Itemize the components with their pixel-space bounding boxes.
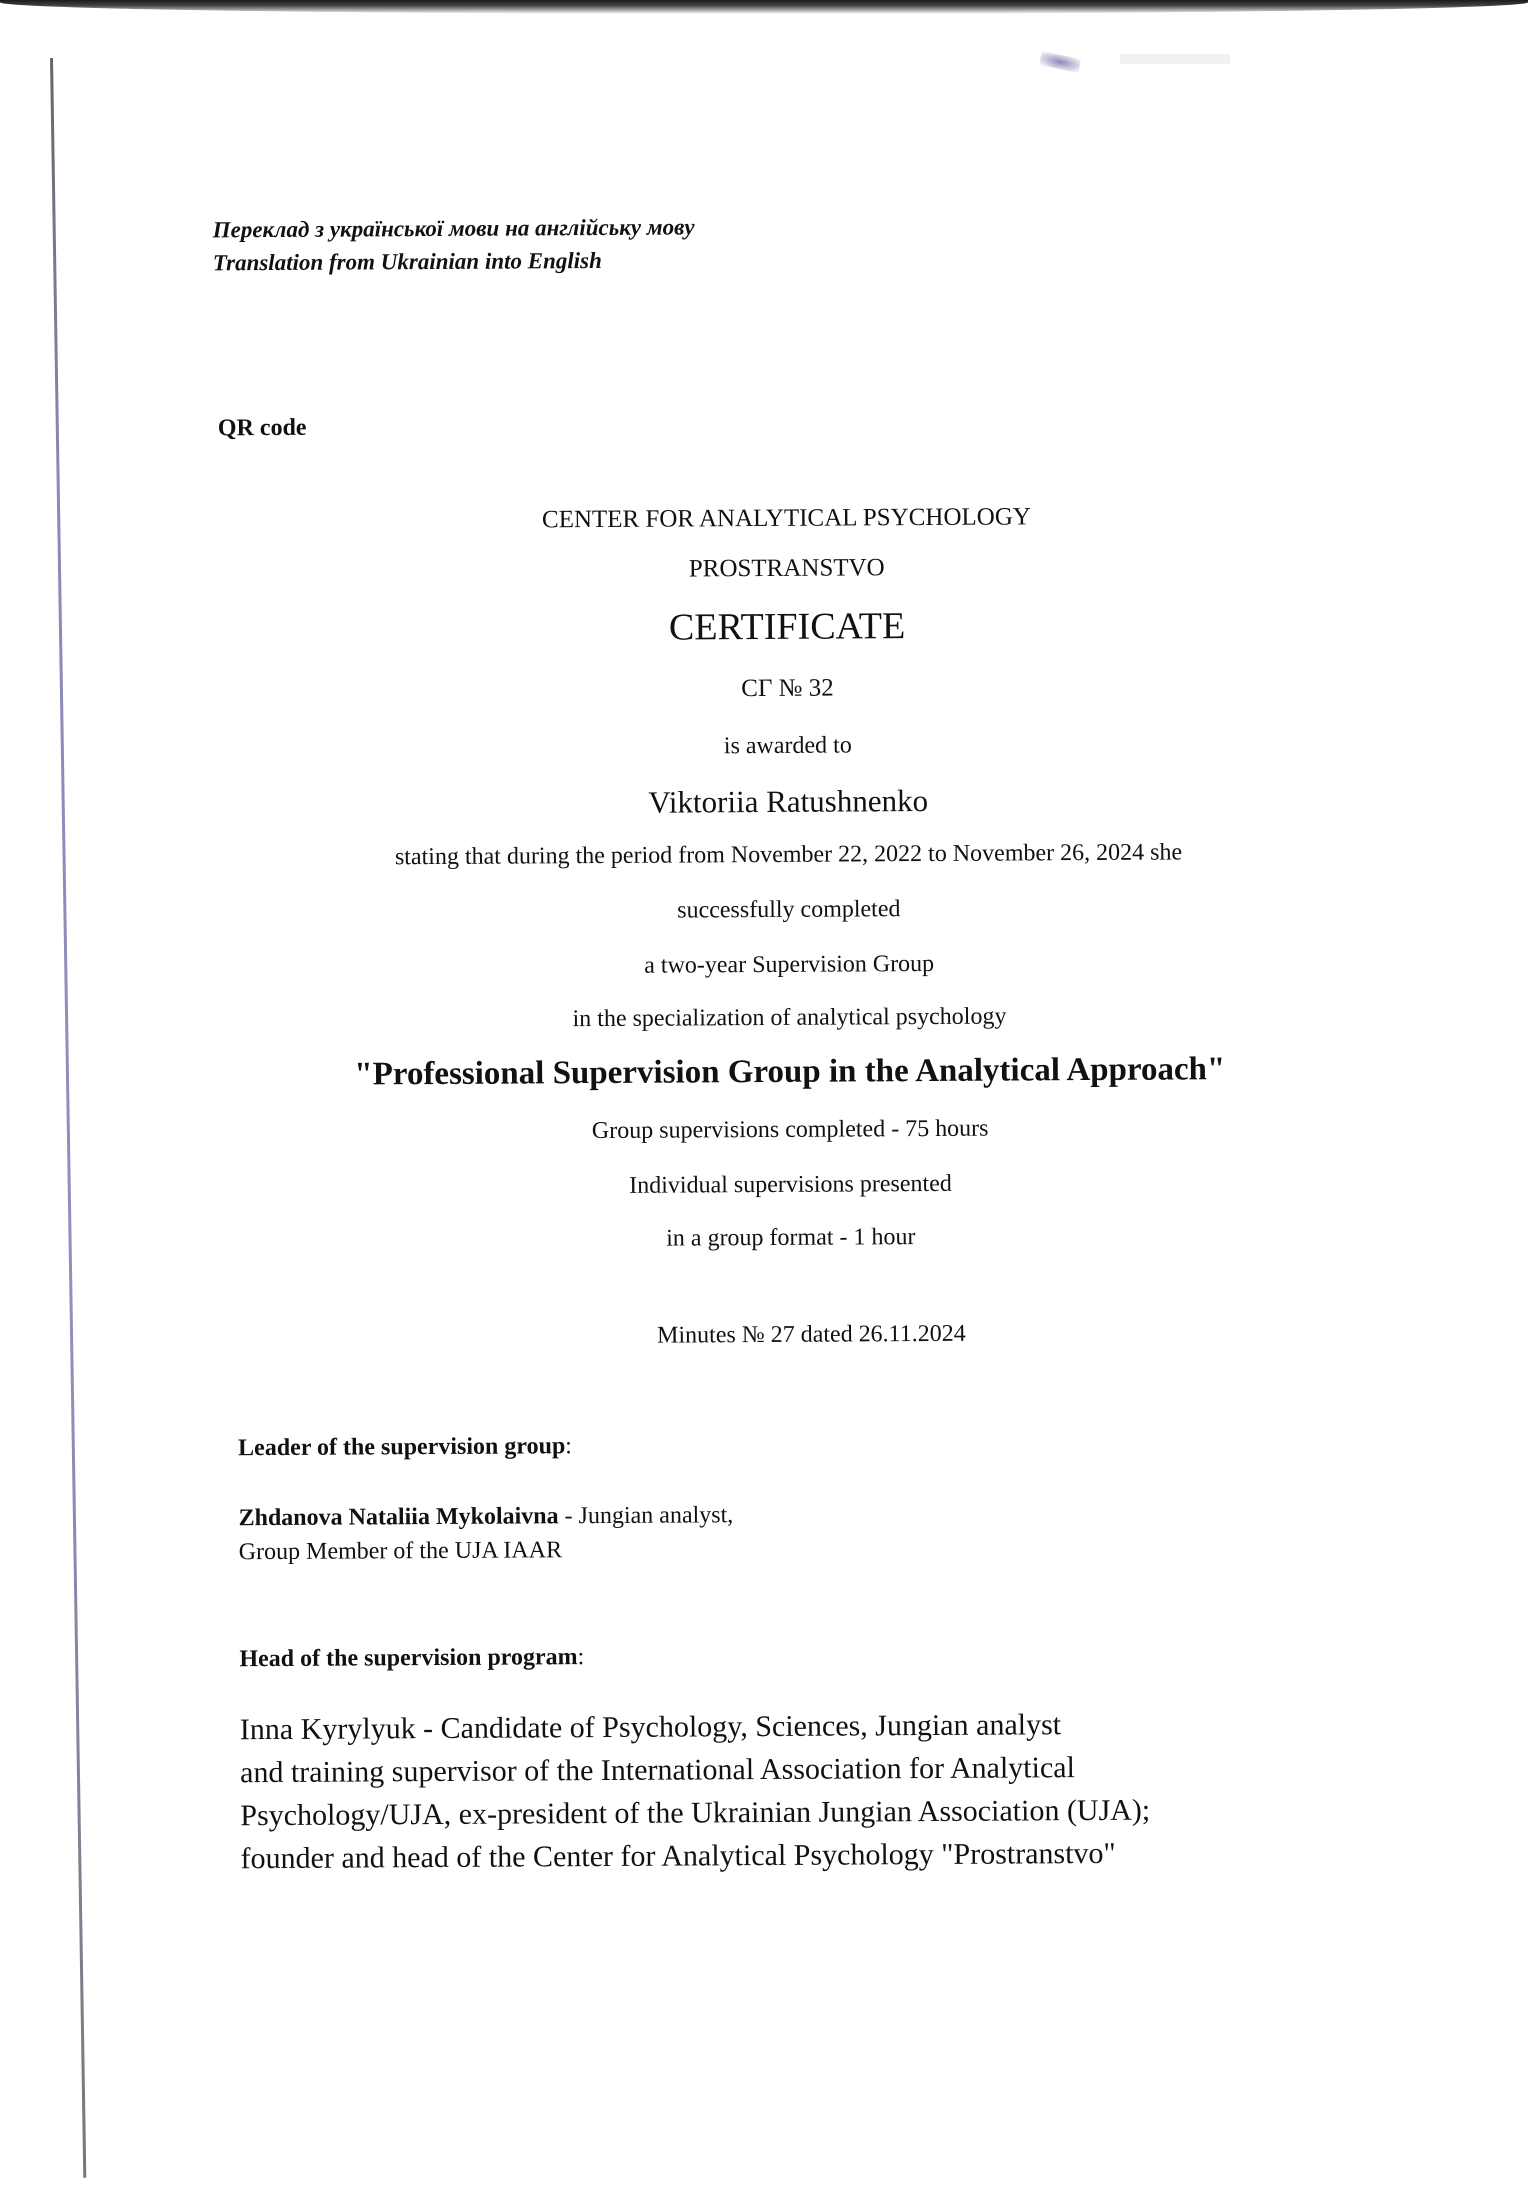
leader-name: Zhdanova Nataliia Mykolaivna: [238, 1503, 558, 1531]
head-detail-line: Psychology/UJA, ex-president of the Ukra…: [240, 1789, 1150, 1838]
head-detail-line: founder and head of the Center for Analy…: [240, 1832, 1150, 1881]
translation-note-ukrainian: Переклад з української мови на англійськ…: [213, 210, 695, 246]
completed-label: successfully completed: [259, 894, 1319, 927]
period-statement: stating that during the period from Nove…: [258, 839, 1318, 872]
organization-name: CENTER FOR ANALYTICAL PSYCHOLOGY: [256, 502, 1316, 536]
certificate-page: Переклад з української мови на англійськ…: [0, 0, 1528, 2200]
leader-role: - Jungian analyst,: [559, 1502, 734, 1529]
certificate-title: CERTIFICATE: [257, 602, 1317, 652]
leader-heading-colon: :: [565, 1433, 572, 1459]
head-detail-line: and training supervisor of the Internati…: [240, 1746, 1150, 1795]
head-detail-line: Inna Kyrylyuk - Candidate of Psychology,…: [240, 1703, 1150, 1752]
translation-note-english: Translation from Ukrainian into English: [213, 243, 695, 279]
certificate-body: CENTER FOR ANALYTICAL PSYCHOLOGY PROSTRA…: [256, 502, 1321, 1352]
individual-supervision-line1: Individual supervisions presented: [260, 1169, 1320, 1202]
leader-heading-text: Leader of the supervision group: [238, 1433, 565, 1461]
organization-subname: PROSTRANSTVO: [257, 552, 1317, 586]
recipient-name: Viktoriia Ratushnenko: [258, 781, 1318, 823]
leader-heading: Leader of the supervision group:: [238, 1433, 572, 1462]
program-name: "Professional Supervision Group in the A…: [260, 1051, 1320, 1094]
head-heading-colon: :: [578, 1644, 585, 1670]
certificate-number: СГ № 32: [257, 672, 1317, 706]
head-details: Inna Kyrylyuk - Candidate of Psychology,…: [240, 1703, 1151, 1881]
leader-details: Zhdanova Nataliia Mykolaivna - Jungian a…: [238, 1498, 733, 1569]
minutes-reference: Minutes № 27 dated 26.11.2024: [261, 1319, 1321, 1352]
program-type: a two-year Supervision Group: [259, 949, 1319, 982]
head-heading-text: Head of the supervision program: [239, 1644, 577, 1672]
qr-code-label: QR code: [218, 415, 307, 443]
group-supervision-hours: Group supervisions completed - 75 hours: [260, 1114, 1320, 1147]
awarded-to-label: is awarded to: [258, 730, 1318, 763]
translation-note: Переклад з української мови на англійськ…: [213, 210, 695, 279]
head-heading: Head of the supervision program:: [239, 1644, 584, 1673]
individual-supervision-line2: in a group format - 1 hour: [261, 1222, 1321, 1255]
specialization: in the specialization of analytical psyc…: [259, 1002, 1319, 1035]
leader-membership: Group Member of the UJA IAAR: [239, 1532, 734, 1569]
